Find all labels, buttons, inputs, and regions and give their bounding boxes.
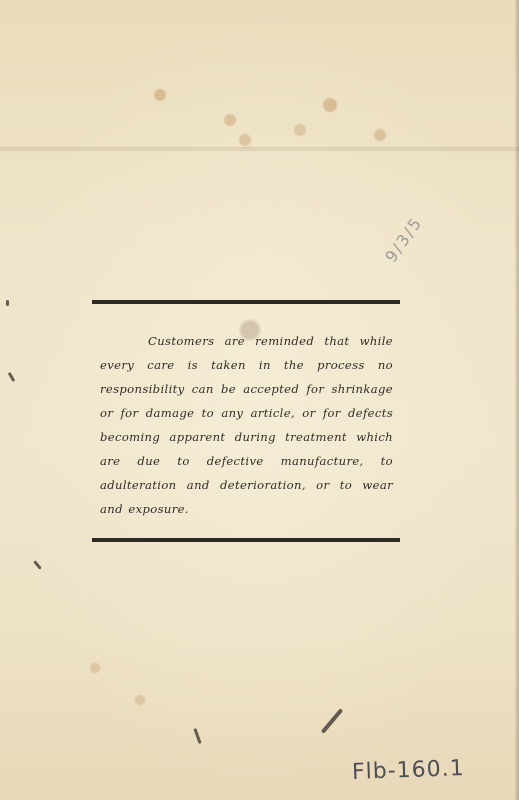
bottom-rule-divider xyxy=(92,538,400,542)
ink-smudge xyxy=(6,300,9,306)
ink-smudge xyxy=(321,708,343,734)
ink-smudge xyxy=(33,560,42,570)
paper-edge xyxy=(515,0,519,800)
document-page: 9/3/5 Customers are reminded that while … xyxy=(0,0,519,800)
disclaimer-text: Customers are reminded that while every … xyxy=(100,329,393,521)
paper-fold-crease xyxy=(0,147,519,151)
disclaimer-notice: Customers are reminded that while every … xyxy=(92,300,400,542)
ink-smudge xyxy=(193,728,201,744)
catalog-number: Flb-160.1 xyxy=(352,756,465,785)
ink-smudge xyxy=(8,372,16,382)
pencil-annotation: 9/3/5 xyxy=(381,213,426,266)
top-rule-divider xyxy=(92,300,400,304)
